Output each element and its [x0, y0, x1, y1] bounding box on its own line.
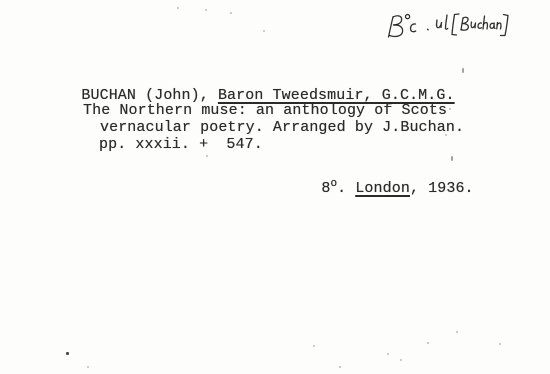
format-size: 8	[321, 180, 330, 197]
imprint-place-underlined: London	[355, 180, 410, 197]
imprint-date: , 1936.	[410, 180, 474, 197]
handwritten-shelfmark	[383, 6, 515, 42]
title-line-2: vernacular poetry. Arranged by J.Buchan.	[100, 119, 464, 136]
pagination-line: pp. xxxii. + 547.	[99, 136, 263, 153]
handwriting-strokes	[383, 6, 515, 42]
imprint-separator: .	[337, 180, 355, 197]
catalogue-card: BUCHAN (John), Baron Tweedsmuir, G.C.M.G…	[0, 0, 550, 374]
imprint-line: 8o. London, 1936.	[285, 159, 474, 214]
title-line-1: The Northern muse: an anthology of Scots	[83, 102, 447, 119]
